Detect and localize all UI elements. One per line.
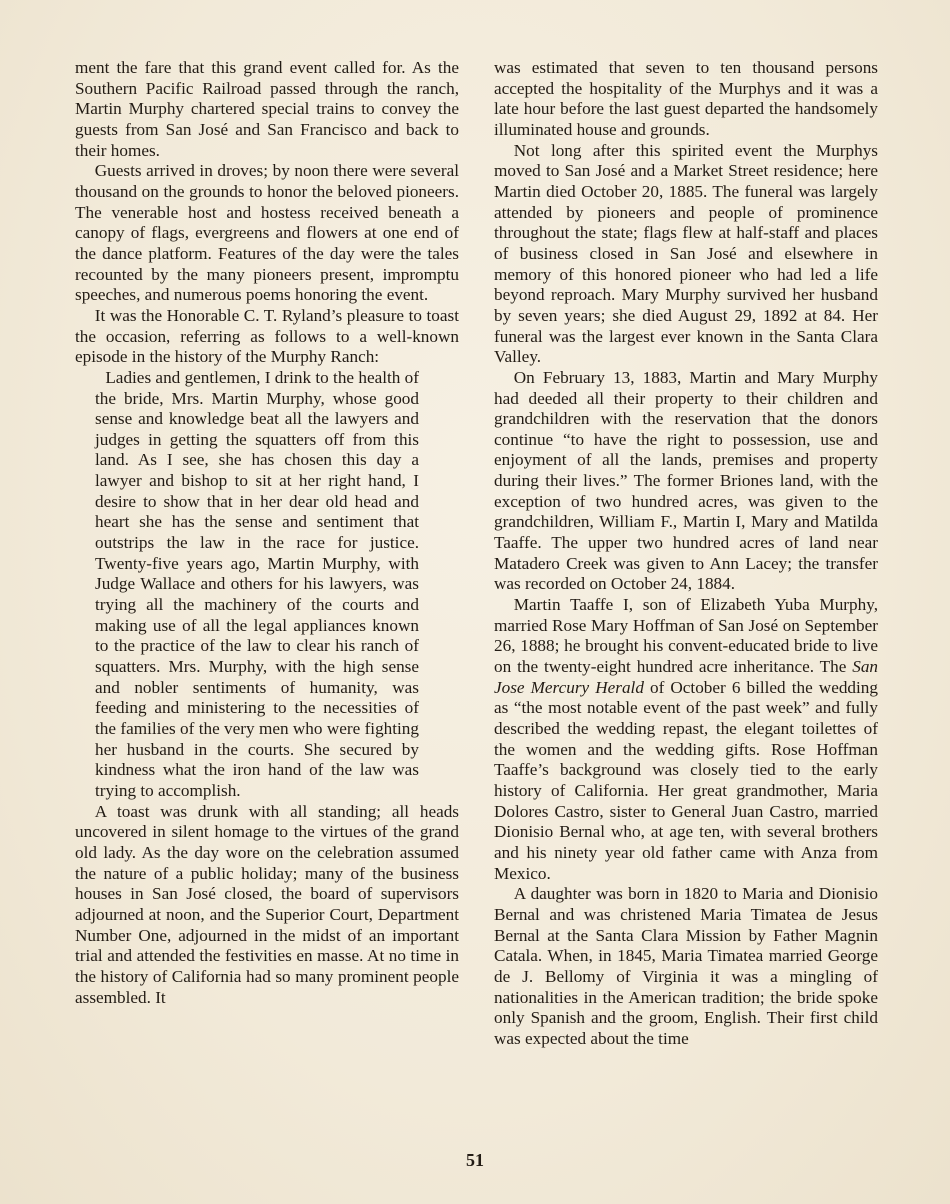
paragraph-guests-arrived: Guests arrived in droves; by noon there … bbox=[75, 161, 459, 306]
text-segment: of October 6 billed the wedding as “the … bbox=[494, 678, 878, 883]
paragraph-continued-estimate: was estimated that seven to ten thousand… bbox=[494, 58, 878, 141]
text-segment: Martin Taaffe I, son of Elizabeth Yuba M… bbox=[494, 595, 878, 676]
paragraph-toast-drunk: A toast was drunk with all standing; all… bbox=[75, 802, 459, 1009]
paragraph-daughter-born: A daughter was born in 1820 to Maria and… bbox=[494, 884, 878, 1049]
right-column: was estimated that seven to ten thousand… bbox=[494, 58, 878, 1050]
paragraph-property-deeded: On February 13, 1883, Martin and Mary Mu… bbox=[494, 368, 878, 595]
block-quote-toast: Ladies and gentlemen, I drink to the hea… bbox=[95, 368, 419, 802]
paragraph-murphys-moved: Not long after this spirited event the M… bbox=[494, 141, 878, 368]
paragraph-continued: ment the fare that this grand event call… bbox=[75, 58, 459, 161]
left-column: ment the fare that this grand event call… bbox=[75, 58, 459, 1008]
page-number: 51 bbox=[0, 1150, 950, 1171]
paragraph-ryland-toast-intro: It was the Honorable C. T. Ryland’s plea… bbox=[75, 306, 459, 368]
book-page: ment the fare that this grand event call… bbox=[0, 0, 950, 1204]
paragraph-taaffe-marriage: Martin Taaffe I, son of Elizabeth Yuba M… bbox=[494, 595, 878, 884]
